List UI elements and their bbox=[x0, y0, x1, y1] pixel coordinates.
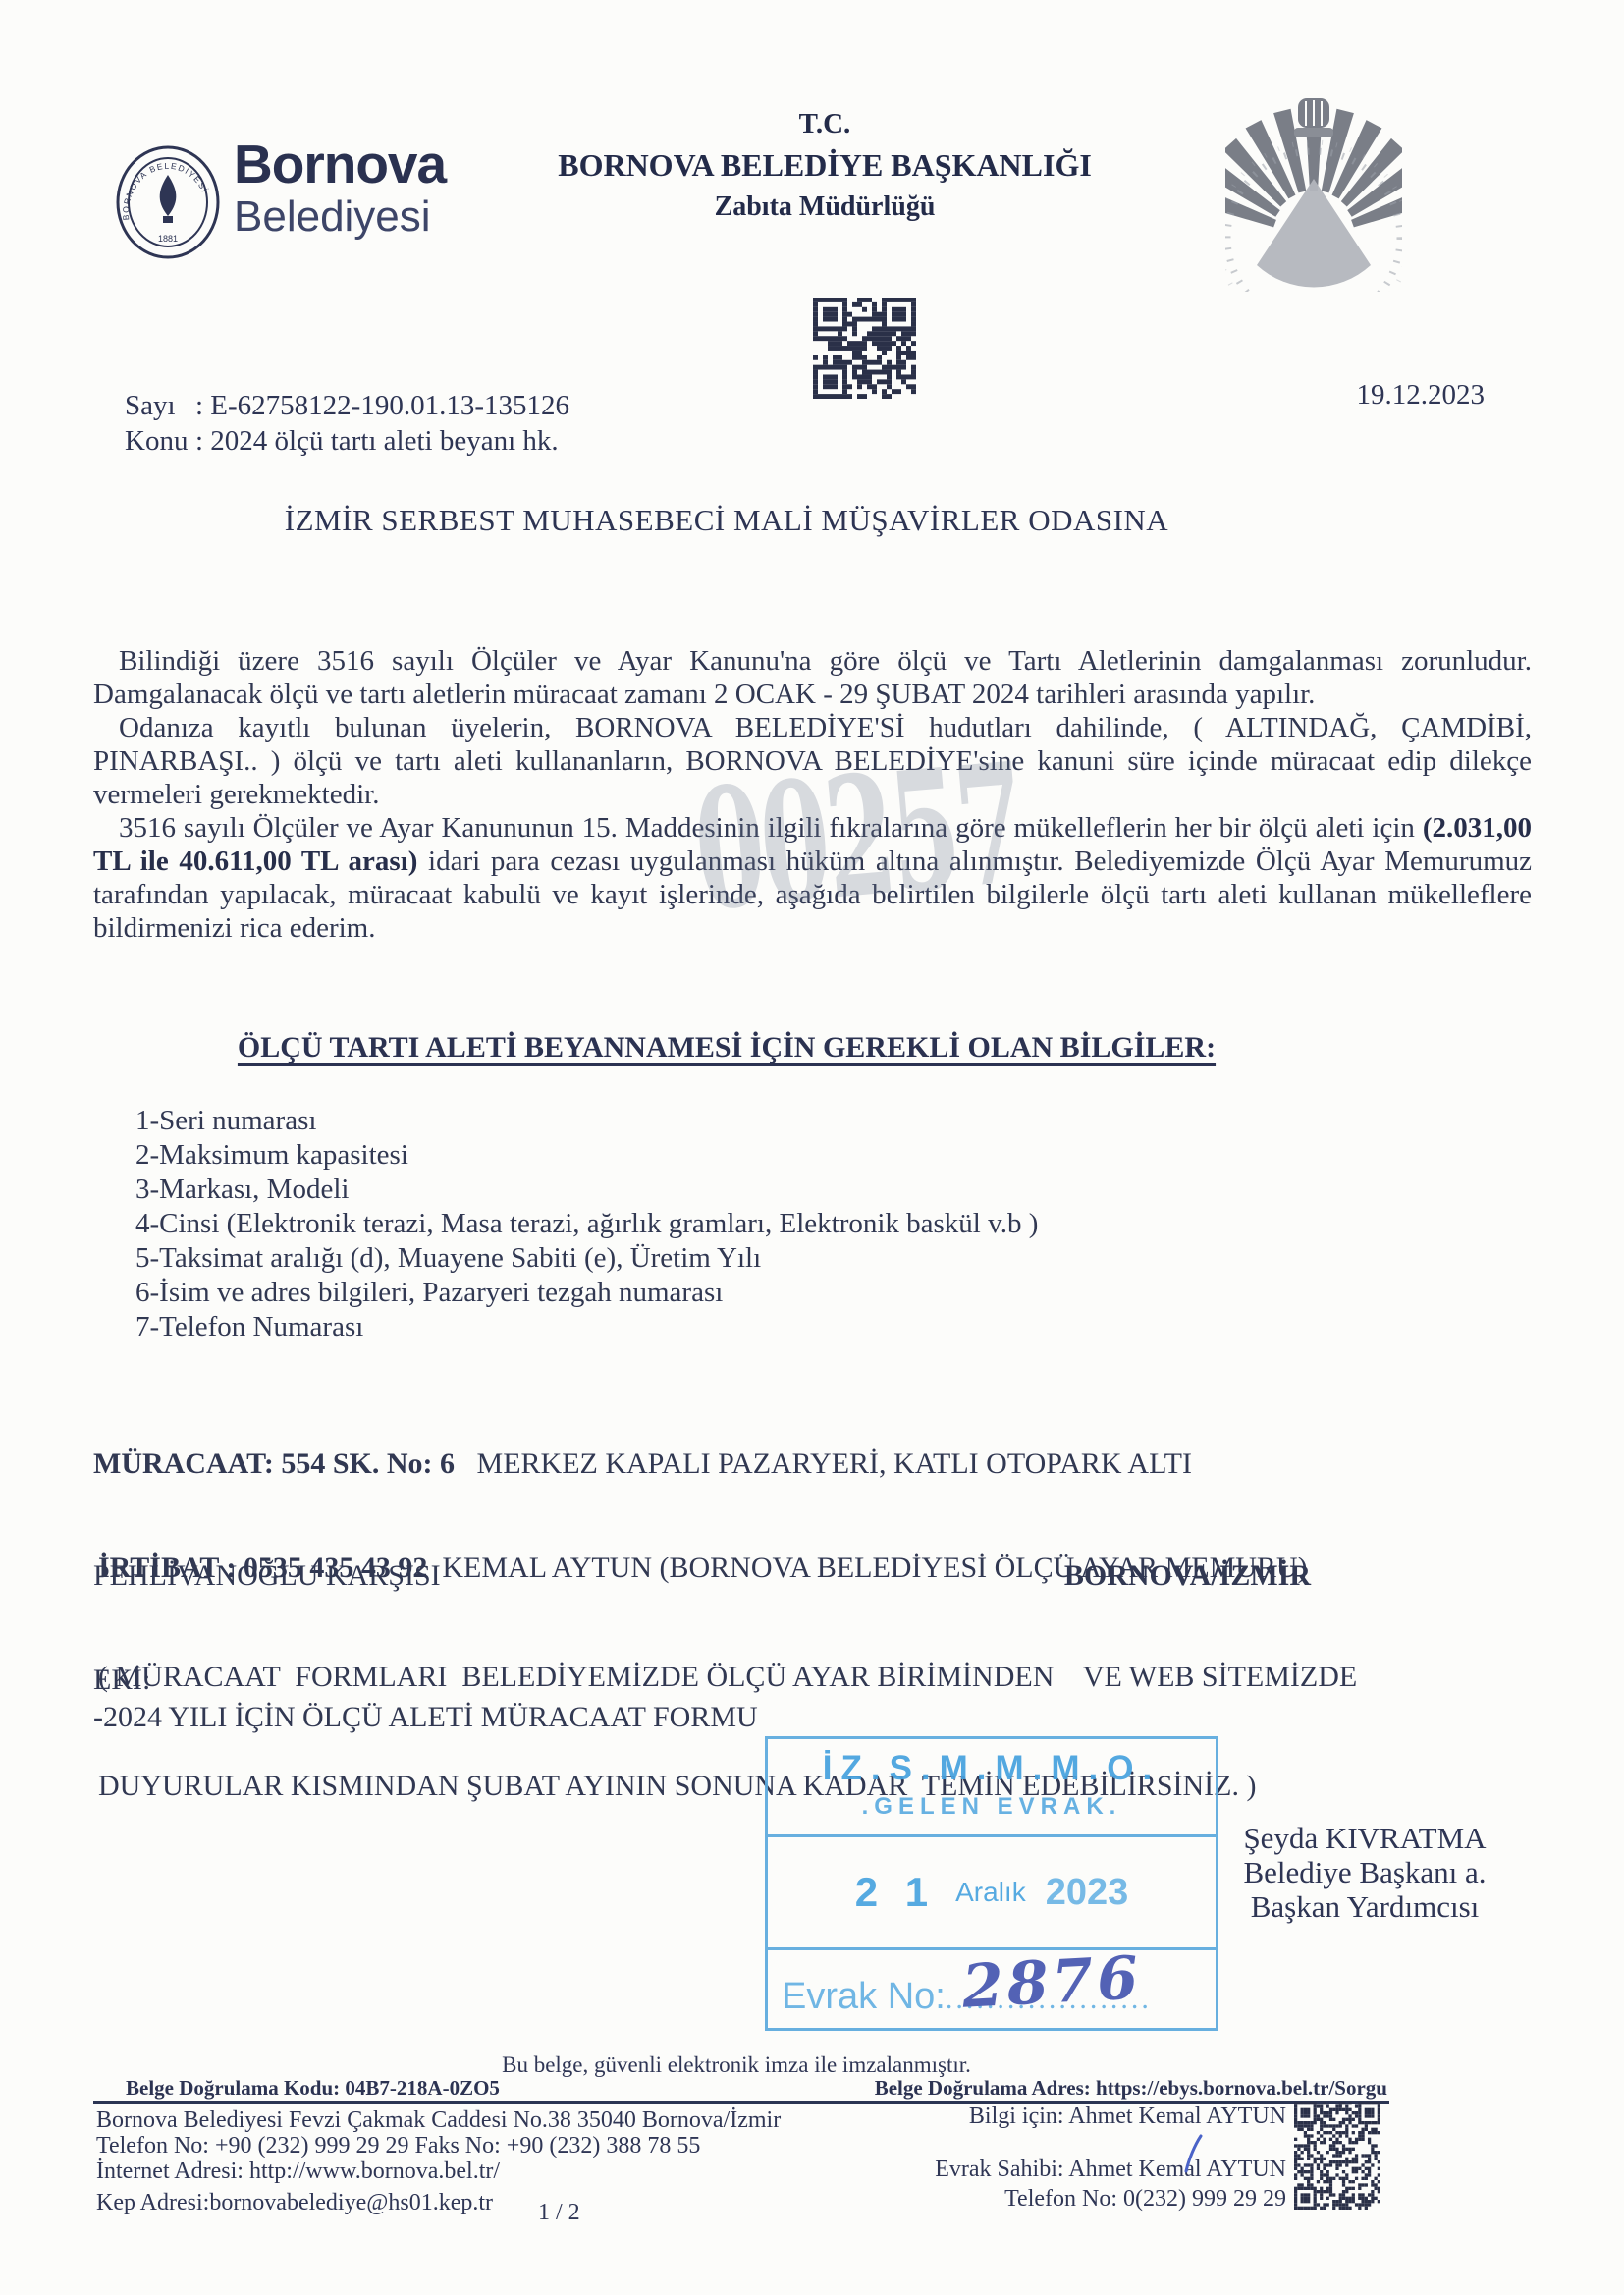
municipal-crest-emblem-icon bbox=[1225, 90, 1402, 292]
pen-check-mark bbox=[1181, 2133, 1207, 2174]
signer-title-2: Başkan Yardımcısı bbox=[1229, 1889, 1500, 1924]
letterhead-title: BORNOVA BELEDİYE BAŞKANLIĞI bbox=[393, 147, 1257, 184]
stamp-organization: İZ.S.M.M.M.O. bbox=[768, 1749, 1216, 1788]
footer-phone-fax: Telefon No: +90 (232) 999 29 29 Faks No:… bbox=[96, 2133, 700, 2159]
stamp-header: İZ.S.M.M.M.O. .GELEN EVRAK. bbox=[768, 1739, 1216, 1837]
stamp-date: 2 1 Aralık 2023 bbox=[768, 1837, 1216, 1950]
list-item: 5-Taksimat aralığı (d), Muayene Sabiti (… bbox=[135, 1241, 1038, 1276]
qr-code-top bbox=[813, 298, 916, 399]
footer-document-owner: Evrak Sahibi: Ahmet Kemal AYTUN bbox=[935, 2157, 1286, 2183]
page-number: 1 / 2 bbox=[538, 2200, 580, 2226]
contact-person: KEMAL AYTUN (BORNOVA BELEDİYESİ ÖLÇÜ AYA… bbox=[427, 1552, 1307, 1584]
requirements-list: 1-Seri numarası 2-Maksimum kapasitesi 3-… bbox=[135, 1104, 1038, 1344]
seal-flame-icon bbox=[160, 175, 177, 216]
signer-name: Şeyda KIVRATMA bbox=[1229, 1821, 1500, 1855]
paragraph-2: Odanıza kayıtlı bulunan üyelerin, BORNOV… bbox=[93, 711, 1532, 811]
list-item: 2-Maksimum kapasitesi bbox=[135, 1138, 1038, 1173]
seal-year-text: 1881 bbox=[158, 234, 178, 244]
meta-row-konu: Konu: 2024 ölçü tartı aleti beyanı hk. bbox=[125, 423, 569, 459]
body-text: Bilindiği üzere 3516 sayılı Ölçüler ve A… bbox=[93, 644, 1532, 945]
list-item: 3-Markası, Modeli bbox=[135, 1173, 1038, 1207]
footer-address: Bornova Belediyesi Fevzi Çakmak Caddesi … bbox=[96, 2107, 781, 2134]
list-item: 7-Telefon Numarası bbox=[135, 1310, 1038, 1344]
list-item: 4-Cinsi (Elektronik terazi, Masa terazi,… bbox=[135, 1207, 1038, 1241]
stamp-year: 2023 bbox=[1046, 1872, 1129, 1914]
document-meta: Sayı: E-62758122-190.01.13-135126 Konu: … bbox=[125, 388, 569, 459]
sayi-label: Sayı bbox=[125, 388, 195, 423]
attachment-label: EKİ: bbox=[93, 1662, 758, 1699]
stamp-type: .GELEN EVRAK. bbox=[768, 1793, 1216, 1821]
handwritten-evrak-number: 2876 bbox=[960, 1943, 1143, 2021]
letterhead-tc: T.C. bbox=[393, 108, 1257, 140]
stamp-evrak-row: Evrak No:.................... 2876 bbox=[768, 1950, 1216, 2018]
footer-info-contact: Bilgi için: Ahmet Kemal AYTUN bbox=[969, 2104, 1286, 2130]
application-address: MERKEZ KAPALI PAZARYERİ, KATLI OTOPARK A… bbox=[455, 1448, 1192, 1480]
attachment-block: EKİ: -2024 YILI İÇİN ÖLÇÜ ALETİ MÜRACAAT… bbox=[93, 1662, 758, 1736]
signature-block: Şeyda KIVRATMA Belediye Başkanı a. Başka… bbox=[1229, 1821, 1500, 1924]
konu-value: : 2024 ölçü tartı aleti beyanı hk. bbox=[195, 425, 559, 457]
contact-line1: İRTİBAT : 0535 435 43 92 KEMAL AYTUN (BO… bbox=[98, 1550, 1357, 1586]
letterhead-subtitle: Zabıta Müdürlüğü bbox=[393, 191, 1257, 223]
evrak-no-label: Evrak No: bbox=[782, 1976, 946, 2017]
footer-kep-address: Kep Adresi:bornovabelediye@hs01.kep.tr bbox=[96, 2190, 493, 2216]
verification-code: Belge Doğrulama Kodu: 04B7-218A-0ZO5 bbox=[126, 2076, 500, 2101]
bornova-seal-logo-icon: BORNOVA BELEDİYESİ 1881 bbox=[114, 143, 222, 261]
paragraph-3: 3516 sayılı Ölçüler ve Ayar Kanununun 15… bbox=[93, 811, 1532, 945]
paragraph-3-start: 3516 sayılı Ölçüler ve Ayar Kanununun 15… bbox=[119, 812, 1423, 844]
application-label: MÜRACAAT: 554 SK. No: 6 bbox=[93, 1448, 455, 1480]
document-page: BORNOVA BELEDİYESİ 1881 Bornova Belediye… bbox=[0, 0, 1624, 2295]
meta-row-sayi: Sayı: E-62758122-190.01.13-135126 bbox=[125, 388, 569, 423]
stamp-month: Aralık bbox=[955, 1877, 1026, 1908]
list-item: 1-Seri numarası bbox=[135, 1104, 1038, 1138]
signer-title-1: Belediye Başkanı a. bbox=[1229, 1855, 1500, 1889]
sayi-value: : E-62758122-190.01.13-135126 bbox=[195, 390, 569, 421]
document-date: 19.12.2023 bbox=[1357, 379, 1486, 411]
contact-phone: İRTİBAT : 0535 435 43 92 bbox=[98, 1552, 427, 1584]
footer-phone: Telefon No: 0(232) 999 29 29 bbox=[1004, 2186, 1286, 2213]
attachment-item: -2024 YILI İÇİN ÖLÇÜ ALETİ MÜRACAAT FORM… bbox=[93, 1699, 758, 1736]
footer-website: İnternet Adresi: http://www.bornova.bel.… bbox=[96, 2158, 500, 2185]
list-item: 6-İsim ve adres bilgileri, Pazaryeri tez… bbox=[135, 1276, 1038, 1310]
e-signature-notice: Bu belge, güvenli elektronik imza ile im… bbox=[0, 2052, 1473, 2078]
qr-code-bottom bbox=[1294, 2102, 1380, 2210]
verification-address: Belge Doğrulama Adres: https://ebys.born… bbox=[875, 2076, 1387, 2101]
requirements-heading: ÖLÇÜ TARTI ALETİ BEYANNAMESİ İÇİN GEREKL… bbox=[0, 1031, 1453, 1065]
stamp-day: 2 1 bbox=[855, 1869, 936, 1916]
received-stamp: İZ.S.M.M.M.O. .GELEN EVRAK. 2 1 Aralık 2… bbox=[765, 1736, 1218, 2031]
paragraph-1: Bilindiği üzere 3516 sayılı Ölçüler ve A… bbox=[93, 644, 1532, 711]
konu-label: Konu bbox=[125, 423, 195, 459]
recipient-line: İZMİR SERBEST MUHASEBECİ MALİ MÜŞAVİRLER… bbox=[0, 503, 1453, 538]
